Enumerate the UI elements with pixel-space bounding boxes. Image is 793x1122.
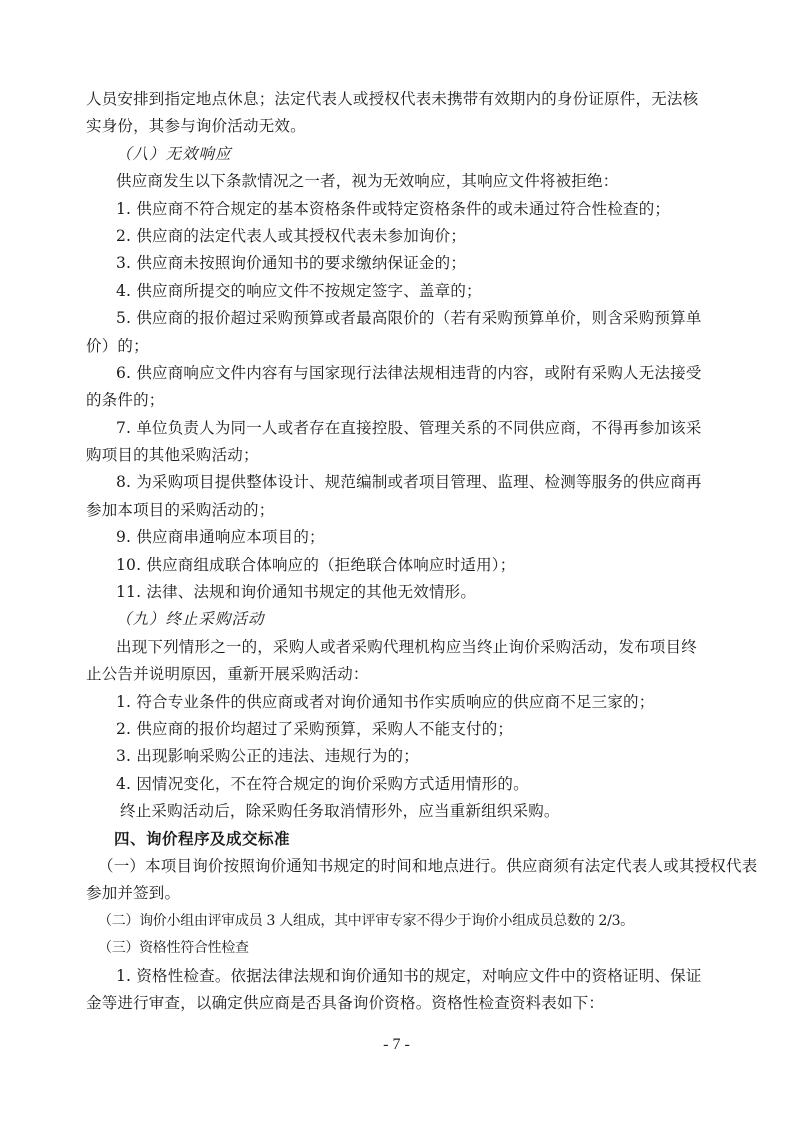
list-item: 5. 供应商的报价超过采购预算或者最高限价的（若有采购预算单价，则含采购预算单	[86, 305, 708, 332]
section-subheading: （八）无效响应	[86, 141, 708, 168]
list-item: 8. 为采购项目提供整体设计、规范编制或者项目管理、监理、检测等服务的供应商再	[86, 469, 708, 496]
doc-line: （一）本项目询价按照询价通知书规定的时间和地点进行。供应商须有法定代表人或其授权…	[86, 853, 708, 880]
section-subheading: （三）资格性符合性检查	[86, 935, 708, 962]
list-item: 4. 因情况变化，不在符合规定的询价采购方式适用情形的。	[86, 771, 708, 798]
list-item: 11. 法律、法规和询价通知书规定的其他无效情形。	[86, 579, 708, 606]
list-item: 10. 供应商组成联合体响应的（拒绝联合体响应时适用）；	[86, 552, 708, 579]
doc-line: 人员安排到指定地点休息；法定代表人或授权代表未携带有效期内的身份证原件，无法核	[86, 86, 708, 113]
list-item: 4. 供应商所提交的响应文件不按规定签字、盖章的；	[86, 278, 708, 305]
list-item: 1. 资格性检查。依据法律法规和询价通知书的规定，对响应文件中的资格证明、保证	[86, 963, 708, 990]
list-item-continuation: 的条件的；	[86, 387, 708, 414]
list-item: 3. 出现影响采购公正的违法、违规行为的；	[86, 743, 708, 770]
list-item: 1. 符合专业条件的供应商或者对询价通知书作实质响应的供应商不足三家的；	[86, 689, 708, 716]
list-item: 2. 供应商的报价均超过了采购预算，采购人不能支付的；	[86, 716, 708, 743]
list-item-continuation: 金等进行审查，以确定供应商是否具备询价资格。资格性检查资料表如下：	[86, 990, 708, 1017]
doc-line: 止公告并说明原因，重新开展采购活动：	[86, 661, 708, 688]
doc-line: 供应商发生以下条款情况之一者，视为无效响应，其响应文件将被拒绝：	[86, 168, 708, 195]
list-item-continuation: 购项目的其他采购活动；	[86, 442, 708, 469]
list-item: 9. 供应商串通响应本项目的；	[86, 524, 708, 551]
list-item: 3. 供应商未按照询价通知书的要求缴纳保证金的；	[86, 250, 708, 277]
list-item: 1. 供应商不符合规定的基本资格条件或特定资格条件的或未通过符合性检查的；	[86, 196, 708, 223]
doc-line: 实身份，其参与询价活动无效。	[86, 113, 708, 140]
doc-line: 终止采购活动后，除采购任务取消情形外，应当重新组织采购。	[86, 798, 708, 825]
doc-line: 出现下列情形之一的，采购人或者采购代理机构应当终止询价采购活动，发布项目终	[86, 634, 708, 661]
list-item-continuation: 价）的；	[86, 333, 708, 360]
list-item: 6. 供应商响应文件内容有与国家现行法律法规相违背的内容，或附有采购人无法接受	[86, 360, 708, 387]
section-heading: 四、询价程序及成交标准	[86, 826, 708, 853]
section-subheading: （九）终止采购活动	[86, 606, 708, 633]
doc-line: （二）询价小组由评审成员 3 人组成，其中评审专家不得少于询价小组成员总数的 2…	[86, 908, 708, 935]
doc-line: 参加并签到。	[86, 880, 708, 907]
list-item-continuation: 参加本项目的采购活动的；	[86, 497, 708, 524]
list-item: 7. 单位负责人为同一人或者存在直接控股、管理关系的不同供应商，不得再参加该采	[86, 415, 708, 442]
page-number: - 7 -	[0, 1036, 793, 1054]
list-item: 2. 供应商的法定代表人或其授权代表未参加询价；	[86, 223, 708, 250]
document-page: 人员安排到指定地点休息；法定代表人或授权代表未携带有效期内的身份证原件，无法核 …	[86, 86, 708, 1017]
